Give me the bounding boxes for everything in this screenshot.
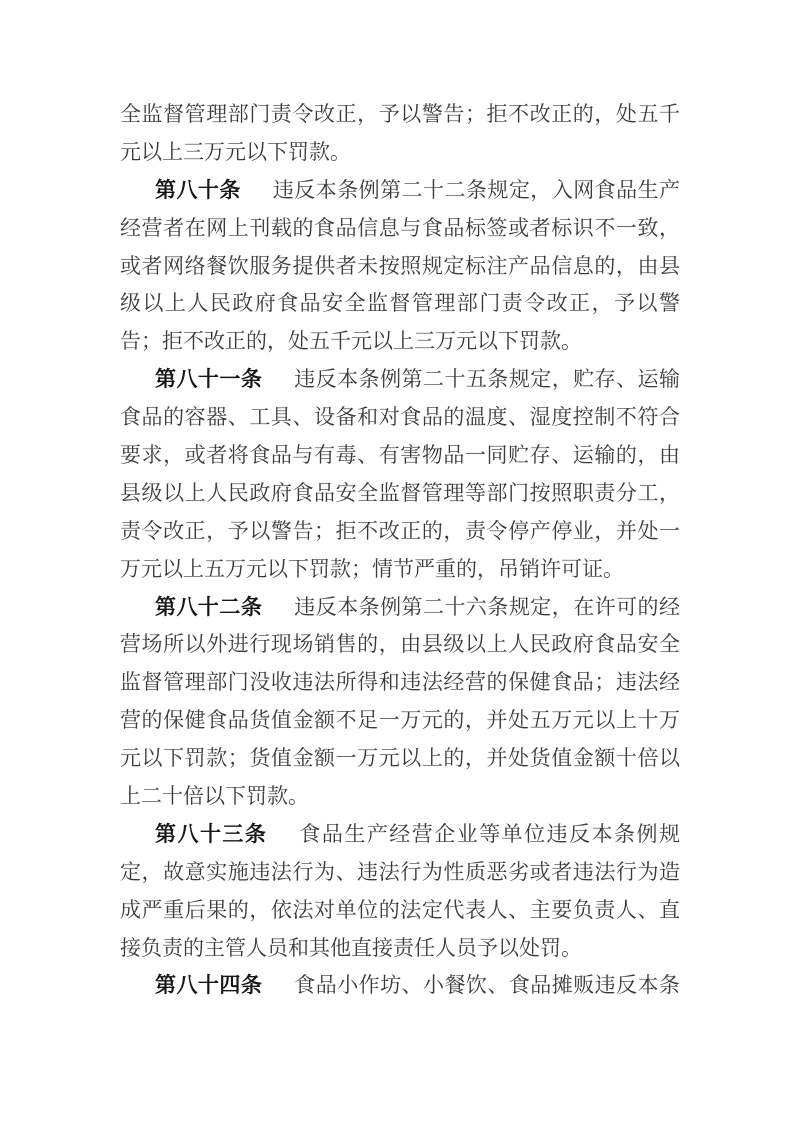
text-line: 第八十条违反本条例第二十二条规定，入网食品生产 — [120, 172, 680, 210]
continuation-paragraph: 全监督管理部门责令改正，予以警告；拒不改正的，处五千元以上三万元以下罚款。 — [120, 96, 680, 172]
text-line: 定，故意实施违法行为、违法行为性质恶劣或者违法行为造 — [120, 854, 680, 892]
text-line: 全监督管理部门责令改正，予以警告；拒不改正的，处五千 — [120, 96, 680, 134]
text-line: 或者网络餐饮服务提供者未按照规定标注产品信息的，由县 — [120, 248, 680, 286]
article-number: 第八十四条 — [155, 974, 262, 997]
article-number: 第八十二条 — [155, 596, 262, 619]
text-line: 接负责的主管人员和其他直接责任人员予以处罚。 — [120, 930, 680, 968]
text-line: 第八十三条食品生产经营企业等单位违反本条例规 — [120, 816, 680, 854]
article-paragraph: 第八十二条违反本条例第二十六条规定，在许可的经营场所以外进行现场销售的，由县级以… — [120, 589, 680, 816]
scanned-document-page: { "page": { "background": "#ffffff", "in… — [0, 0, 793, 1122]
article-number: 第八十一条 — [155, 368, 262, 391]
text-line: 第八十二条违反本条例第二十六条规定，在许可的经 — [120, 589, 680, 627]
article-paragraph: 第八十四条食品小作坊、小餐饮、食品摊贩违反本条 — [120, 967, 680, 1005]
text-line: 上二十倍以下罚款。 — [120, 778, 680, 816]
article-paragraph: 第八十条违反本条例第二十二条规定，入网食品生产经营者在网上刊载的食品信息与食品标… — [120, 172, 680, 361]
line-text: 违反本条例第二十六条规定，在许可的经 — [294, 595, 680, 619]
line-text: 违反本条例第二十五条规定，贮存、运输 — [294, 367, 680, 391]
text-line: 经营者在网上刊载的食品信息与食品标签或者标识不一致， — [120, 210, 680, 248]
text-line: 县级以上人民政府食品安全监督管理等部门按照职责分工， — [120, 475, 680, 513]
document-page: 全监督管理部门责令改正，予以警告；拒不改正的，处五千元以上三万元以下罚款。第八十… — [0, 0, 793, 1122]
text-line: 第八十四条食品小作坊、小餐饮、食品摊贩违反本条 — [120, 967, 680, 1005]
text-line: 成严重后果的，依法对单位的法定代表人、主要负责人、直 — [120, 892, 680, 930]
text-line: 要求，或者将食品与有毒、有害物品一同贮存、运输的，由 — [120, 437, 680, 475]
text-line: 万元以上五万元以下罚款；情节严重的，吊销许可证。 — [120, 551, 680, 589]
article-number: 第八十三条 — [155, 823, 267, 846]
line-text: 食品小作坊、小餐饮、食品摊贩违反本条 — [294, 973, 680, 997]
text-line: 元以上三万元以下罚款。 — [120, 134, 680, 172]
text-line: 级以上人民政府食品安全监督管理部门责令改正，予以警 — [120, 285, 680, 323]
line-text: 食品生产经营企业等单位违反本条例规 — [299, 822, 680, 846]
legal-text-block: 全监督管理部门责令改正，予以警告；拒不改正的，处五千元以上三万元以下罚款。第八十… — [120, 96, 680, 1005]
article-number: 第八十条 — [155, 179, 241, 202]
text-line: 食品的容器、工具、设备和对食品的温度、湿度控制不符合 — [120, 399, 680, 437]
text-line: 第八十一条违反本条例第二十五条规定，贮存、运输 — [120, 361, 680, 399]
text-line: 告；拒不改正的，处五千元以上三万元以下罚款。 — [120, 323, 680, 361]
article-paragraph: 第八十三条食品生产经营企业等单位违反本条例规定，故意实施违法行为、违法行为性质恶… — [120, 816, 680, 968]
line-text: 违反本条例第二十二条规定，入网食品生产 — [273, 178, 680, 202]
text-line: 监督管理部门没收违法所得和违法经营的保健食品；违法经 — [120, 664, 680, 702]
text-line: 责令改正，予以警告；拒不改正的，责令停产停业，并处一 — [120, 513, 680, 551]
text-line: 元以下罚款；货值金额一万元以上的，并处货值金额十倍以 — [120, 740, 680, 778]
text-line: 营场所以外进行现场销售的，由县级以上人民政府食品安全 — [120, 626, 680, 664]
text-line: 营的保健食品货值金额不足一万元的，并处五万元以上十万 — [120, 702, 680, 740]
article-paragraph: 第八十一条违反本条例第二十五条规定，贮存、运输食品的容器、工具、设备和对食品的温… — [120, 361, 680, 588]
